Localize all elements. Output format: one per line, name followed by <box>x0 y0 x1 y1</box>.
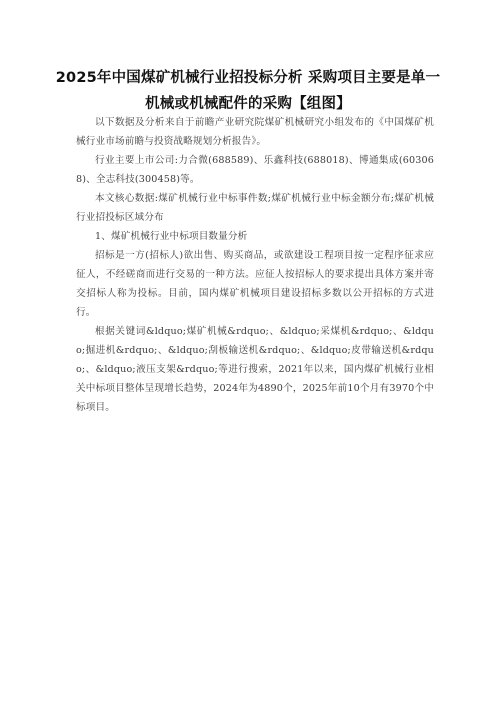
paragraph-source: 以下数据及分析来自于前瞻产业研究院煤矿机械研究小组发布的《中国煤矿机械行业市场前… <box>76 113 434 151</box>
paragraph-listed-companies: 行业主要上市公司:力合微(688589)、乐鑫科技(688018)、博通集成(6… <box>76 151 434 189</box>
article-body: 以下数据及分析来自于前瞻产业研究院煤矿机械研究小组发布的《中国煤矿机械行业市场前… <box>76 113 434 417</box>
article-title-line-2: 机械或机械配件的采购【组图】 <box>60 92 436 113</box>
paragraph-core-data: 本文核心数据:煤矿机械行业中标事件数;煤矿机械行业中标金额分布;煤矿机械行业招投… <box>76 189 434 227</box>
paragraph-bid-count: 根据关键词&ldquo;煤矿机械&rdquo;、&ldquo;采煤机&rdquo… <box>76 322 434 417</box>
document-page: 2025年中国煤矿机械行业招投标分析 采购项目主要是单一 机械或机械配件的采购【… <box>0 0 496 701</box>
section-heading-1: 1、煤矿机械行业中标项目数量分析 <box>76 227 434 246</box>
article-title-line-1: 2025年中国煤矿机械行业招投标分析 采购项目主要是单一 <box>55 66 441 87</box>
paragraph-bidding-definition: 招标是一方(招标人)欲出售、购买商品，或欲建设工程项目按一定程序征求应征人，不经… <box>76 246 434 322</box>
